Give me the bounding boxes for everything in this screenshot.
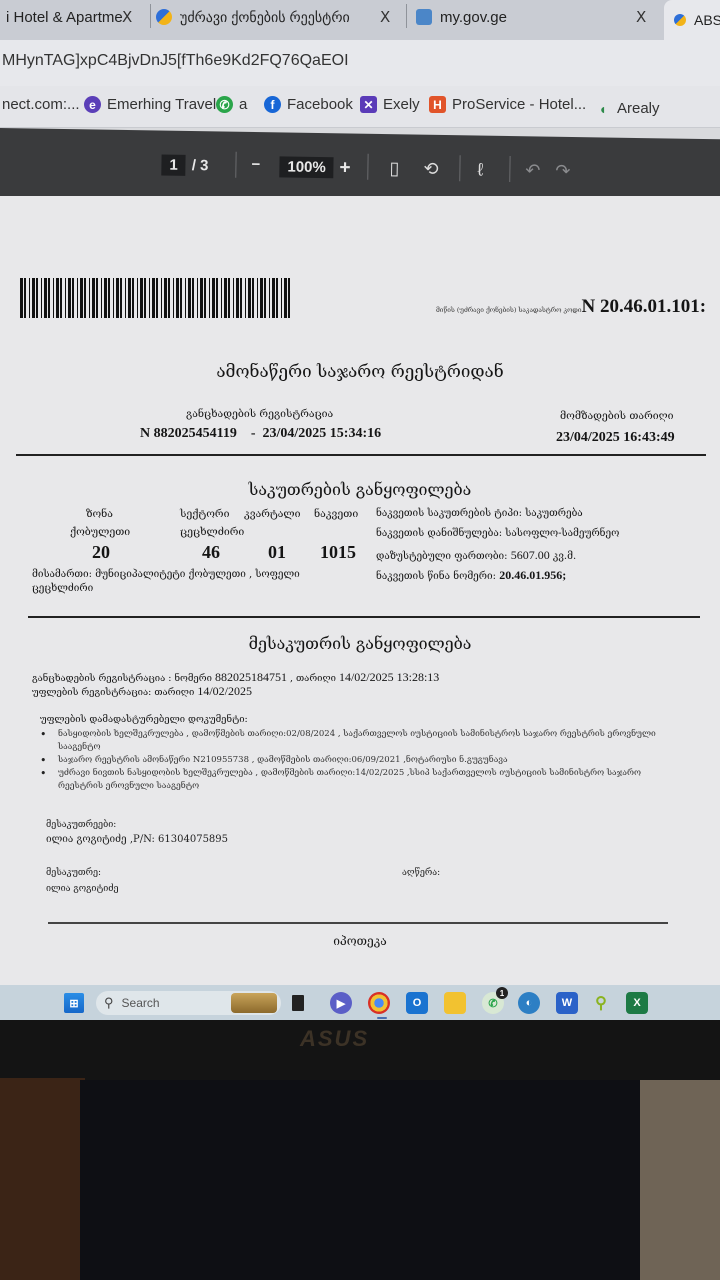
close-tab-icon[interactable]: X <box>636 8 646 26</box>
zoom-level: 100% <box>279 156 334 178</box>
tab-title: i Hotel & Apartme <box>0 9 123 26</box>
toolbar-divider <box>235 152 236 178</box>
land-area-value: 5607.00 <box>511 548 550 562</box>
mortgage-section-title: იპოთეკა <box>0 934 720 948</box>
search-placeholder: Search <box>122 996 160 1010</box>
current-page-input[interactable]: 1 <box>161 155 186 176</box>
taskbar-search[interactable]: ⚲ Search <box>96 991 281 1015</box>
tab-public-registry[interactable]: უძრავი ქონების რეესტრი X <box>156 0 406 34</box>
bookmark-label: Exely <box>383 96 420 113</box>
rights-registration-date: 14/02/2025 <box>197 684 252 698</box>
toolbar-divider <box>367 154 368 180</box>
divider-line <box>48 922 668 924</box>
start-icon[interactable]: ⊞ <box>64 993 84 1013</box>
monitor-brand-logo: ASUS <box>300 1026 369 1052</box>
toolbar-divider <box>509 156 510 182</box>
cadastral-code-label: მიწის (უძრავი ქონების) საკადასტრო კოდი <box>436 306 582 314</box>
zoom-in-button[interactable]: + <box>339 157 350 179</box>
excel-icon[interactable]: X <box>626 992 648 1014</box>
registry-favicon <box>156 9 172 25</box>
facebook-icon: f <box>264 96 281 113</box>
tab-title: my.gov.ge <box>440 9 507 26</box>
zoom-out-button[interactable]: − <box>251 156 260 173</box>
address-label: მისამართი: <box>32 569 92 580</box>
zone-header: ზონა <box>86 508 113 520</box>
document-item: ნასყიდობის ხელშეკრულება , დამოწმების თარ… <box>40 728 660 754</box>
bookmark-label: Emerhing Travel <box>107 96 216 113</box>
owner-application-date-label: , თარიღი <box>290 673 336 684</box>
bookmark-label: ProService - Hotel... <box>452 96 586 113</box>
prepared-date-label: მომზადების თარიღი <box>560 410 674 422</box>
land-area-unit: კვ.მ. <box>553 551 576 562</box>
cadastral-code: მიწის (უძრავი ქონების) საკადასტრო კოდი N… <box>436 296 706 318</box>
monitor-stand <box>80 1080 640 1280</box>
fit-page-icon[interactable]: ▯ <box>389 158 399 179</box>
tab-title: უძრავი ქონების რეესტრი <box>180 9 350 26</box>
divider-line <box>16 454 706 456</box>
rights-registration-label: უფლების რეგისტრაცია: თარიღი <box>32 687 194 698</box>
documents-list: ნასყიდობის ხელშეკრულება , დამოწმების თარ… <box>40 728 660 793</box>
sector-name: ცეცხლძირი <box>180 526 244 538</box>
close-tab-icon[interactable]: X <box>380 8 390 26</box>
tab-my-gov[interactable]: my.gov.ge X <box>416 0 656 34</box>
monitor-screen: i Hotel & Apartme X უძრავი ქონების რეესტ… <box>0 0 720 1020</box>
owner-label: მესაკუთრე: <box>46 868 101 878</box>
zone-value: 20 <box>92 542 110 563</box>
chrome-icon[interactable] <box>368 992 390 1014</box>
description-label: აღწერა: <box>402 868 440 878</box>
bookmarks-bar: nect.com:... e Emerhing Travel ✆ a f Fac… <box>0 86 720 128</box>
teams-icon[interactable]: ▶ <box>330 992 352 1014</box>
proservice-icon: H <box>429 96 446 113</box>
app-icon[interactable]: ◐ <box>518 992 540 1014</box>
sector-header: სექტორი <box>180 508 229 520</box>
annotate-icon[interactable]: ℓ <box>477 160 483 181</box>
zoom-level-input[interactable]: 100% <box>279 156 334 178</box>
page-indicator: 1 / 3 <box>161 155 208 177</box>
bookmark-connect[interactable]: nect.com:... <box>2 96 80 113</box>
block-header: კვარტალი <box>244 508 301 520</box>
parcel-header: ნაკვეთი <box>314 508 358 520</box>
outlook-icon[interactable]: O <box>406 992 428 1014</box>
land-purpose-value: სასოფლო-სამეურნეო <box>505 528 619 539</box>
close-tab-icon[interactable]: X <box>122 8 132 26</box>
exely-icon: ✕ <box>360 96 377 113</box>
notification-badge: 1 <box>496 987 508 999</box>
land-area: დაზუსტებული ფართობი: 5607.00 კვ.მ. <box>376 548 576 563</box>
browser-tab-strip: i Hotel & Apartme X უძრავი ქონების რეესტ… <box>0 0 720 40</box>
bookmark-label: Facebook <box>287 96 353 113</box>
sector-value: 46 <box>202 542 220 563</box>
bookmark-label: a <box>239 96 247 113</box>
zone-name: ქობულეთი <box>70 526 130 538</box>
owner-value: ილია გოგიტიძე <box>46 884 119 894</box>
previous-parcel-number: ნაკვეთის წინა ნომერი: 20.46.01.956; <box>376 568 566 583</box>
task-view-icon[interactable] <box>292 995 304 1011</box>
windows-taskbar: ⊞ ⚲ Search ▶ O ✆ 1 ◐ W ⚲ X <box>0 985 720 1020</box>
property-section-title: საკუთრების განყოფილება <box>0 480 720 499</box>
tab-hotel-apartments[interactable]: i Hotel & Apartme X <box>0 0 150 34</box>
bookmark-arealy[interactable]: ◖ Arealy <box>594 100 660 117</box>
bookmark-facebook[interactable]: f Facebook <box>264 96 353 113</box>
redo-icon[interactable]: ↷ <box>555 161 570 182</box>
tab-divider <box>150 4 151 28</box>
land-area-label: დაზუსტებული ფართობი: <box>376 551 508 562</box>
pdf-page: მიწის (უძრავი ქონების) საკადასტრო კოდი N… <box>0 196 720 986</box>
address: მისამართი: მუნიციპალიტეტი ქობულეთი , სოფ… <box>32 568 352 596</box>
ownership-type: ნაკვეთის საკუთრების ტიპი: საკუთრება <box>376 508 583 519</box>
whatsapp-icon[interactable]: ✆ 1 <box>482 992 504 1014</box>
bookmark-proservice[interactable]: H ProService - Hotel... <box>429 96 586 113</box>
owners-value: ილია გოგიტიძე ,P/N: 61304075895 <box>46 834 228 845</box>
tab-title: ABS <box>694 12 720 28</box>
owners-label: მესაკუთრეები: <box>46 820 116 830</box>
divider-line <box>28 616 700 618</box>
ownership-type-label: ნაკვეთის საკუთრების ტიპი: <box>376 508 522 519</box>
document-title: ამონაწერი საჯარო რეესტრიდან <box>0 362 720 382</box>
active-indicator <box>377 1017 387 1019</box>
application-value: N 882025454119 - 23/04/2025 15:34:16 <box>140 426 381 442</box>
prepared-date-value: 23/04/2025 16:43:49 <box>556 430 675 446</box>
document-item: უძრავი ნივთის ნასყიდობის ხელშეკრულება , … <box>40 767 660 793</box>
app-icon-2[interactable]: ⚲ <box>590 992 612 1014</box>
edge-icon: e <box>84 96 101 113</box>
toolbar-divider <box>459 155 460 181</box>
owner-application-number: 882025184751 <box>215 670 287 684</box>
address-bar[interactable]: MHynTAG]xpC4BjvDnJ5[fTh6e9Kd2FQ76QaEOI <box>0 40 720 86</box>
word-icon[interactable]: W <box>556 992 578 1014</box>
application-label: განცხადების რეგისტრაცია <box>186 408 333 420</box>
rights-registration-line: უფლების რეგისტრაცია: თარიღი 14/02/2025 <box>32 684 252 699</box>
owner-application-line: განცხადების რეგისტრაცია : ნომერი 8820251… <box>32 670 439 685</box>
url-text[interactable]: MHynTAG]xpC4BjvDnJ5[fTh6e9Kd2FQ76QaEOI <box>2 52 349 70</box>
parcel-value: 1015 <box>320 542 356 563</box>
previous-parcel-label: ნაკვეთის წინა ნომერი: <box>376 571 496 582</box>
documents-label: უფლების დამადასტურებელი დოკუმენტი: <box>40 714 248 725</box>
barcode-image <box>20 278 292 318</box>
bookmark-label: nect.com:... <box>2 96 80 113</box>
arealy-icon: ◖ <box>594 100 611 117</box>
land-purpose-label: ნაკვეთის დანიშნულება: <box>376 528 502 539</box>
previous-parcel-value: 20.46.01.956; <box>499 568 566 582</box>
search-icon: ⚲ <box>104 995 114 1011</box>
ownership-type-value: საკუთრება <box>525 508 583 519</box>
abs-favicon <box>674 14 686 26</box>
undo-icon[interactable]: ↶ <box>525 160 540 181</box>
land-purpose: ნაკვეთის დანიშნულება: სასოფლო-სამეურნეო <box>376 528 619 539</box>
search-highlight-image <box>231 993 277 1013</box>
tab-abs[interactable]: ABS <box>664 0 720 40</box>
owner-application-label: განცხადების რეგისტრაცია : ნომერი <box>32 673 212 684</box>
desk-surface <box>0 1078 85 1280</box>
bookmark-emerhing-travel[interactable]: e Emerhing Travel <box>84 96 216 113</box>
cadastral-code-value: N 20.46.01.101: <box>582 296 707 318</box>
rotate-icon[interactable]: ⟲ <box>423 159 438 180</box>
tab-divider <box>406 4 407 28</box>
owner-application-date: 14/02/2025 13:28:13 <box>339 670 439 684</box>
file-explorer-icon[interactable] <box>444 992 466 1014</box>
bookmark-whatsapp[interactable]: ✆ a <box>216 96 247 113</box>
mygov-favicon <box>416 9 432 25</box>
bookmark-label: Arealy <box>617 100 660 117</box>
block-value: 01 <box>268 542 286 563</box>
whatsapp-icon: ✆ <box>216 96 233 113</box>
owner-section-title: მესაკუთრის განყოფილება <box>0 634 720 653</box>
bookmark-exely[interactable]: ✕ Exely <box>360 96 420 113</box>
document-item: საჯარო რეესტრის ამონაწერი N210955738 , დ… <box>40 754 660 767</box>
total-pages: / 3 <box>192 157 209 174</box>
